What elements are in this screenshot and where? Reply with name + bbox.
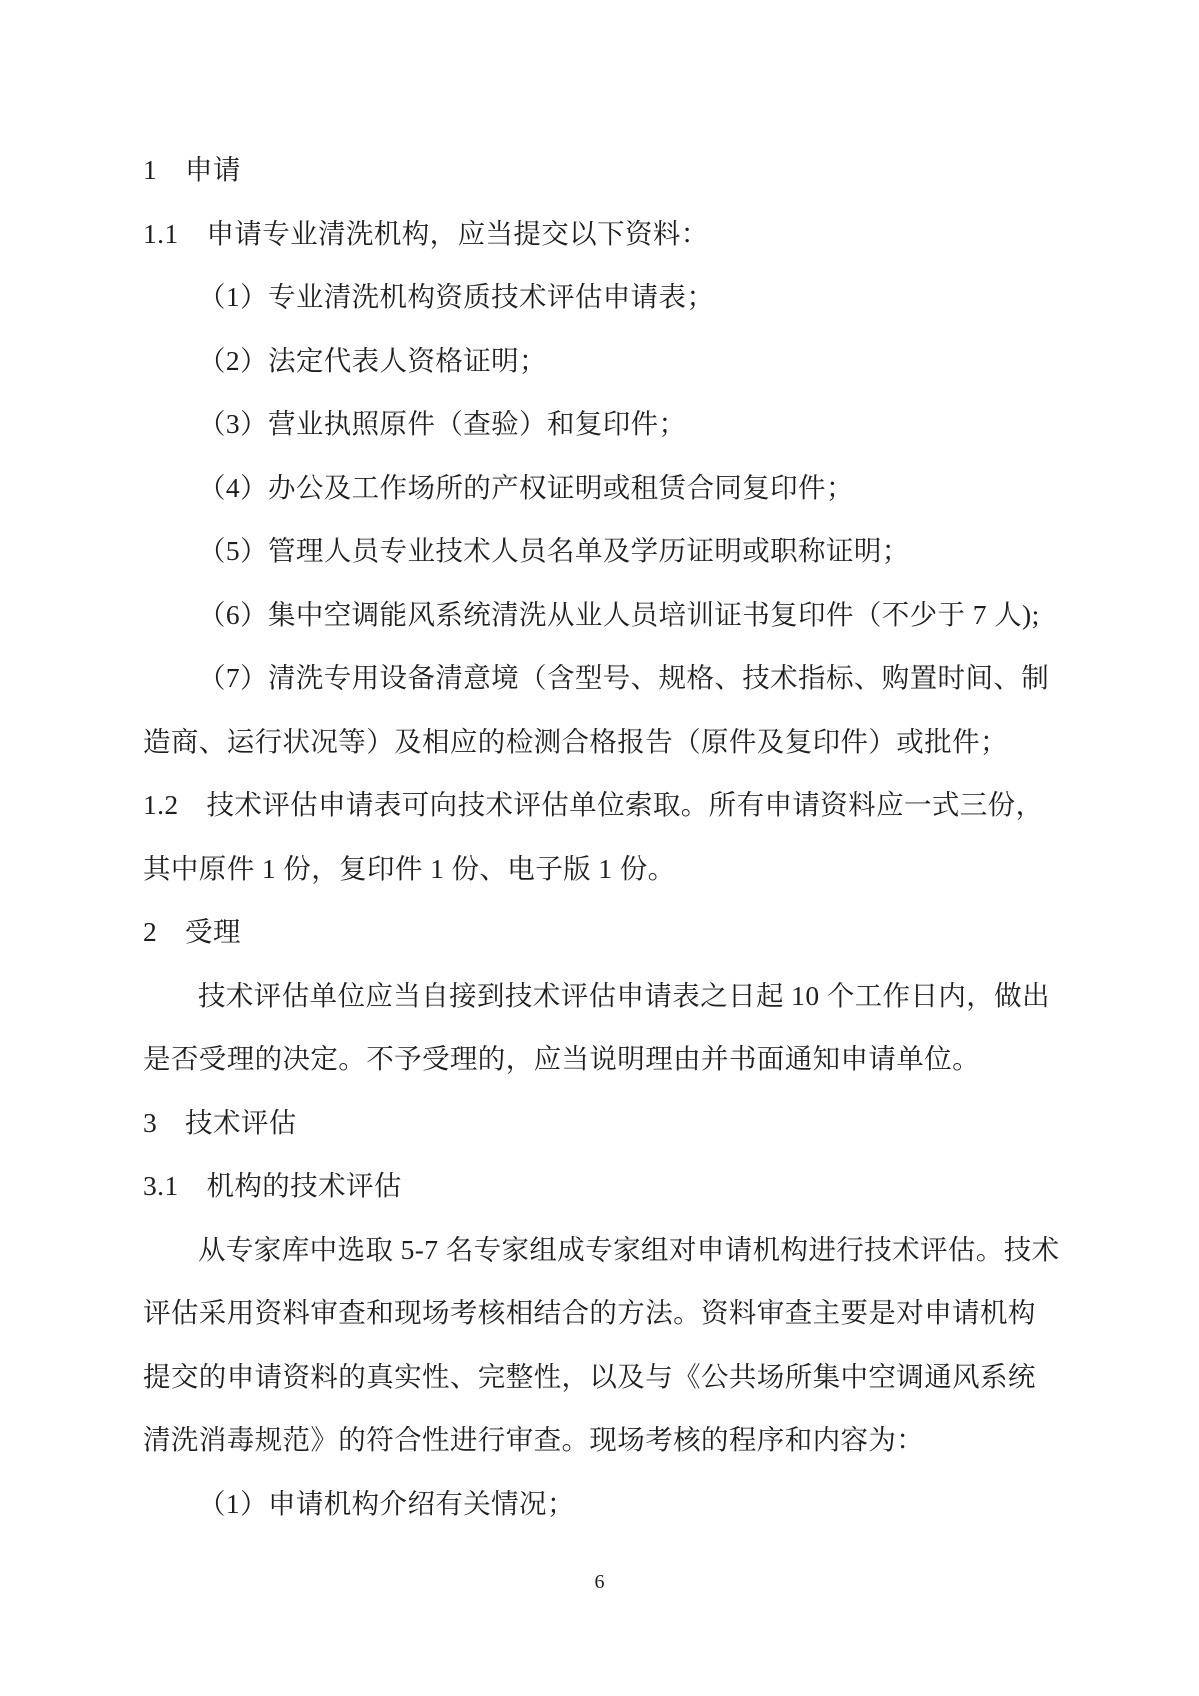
paragraph-acceptance-line-1: 技术评估单位应当自接到技术评估申请表之日起 10 个工作日内，做出 xyxy=(143,964,1059,1028)
list-item-5: （5）管理人员专业技术人员名单及学历证明或职称证明； xyxy=(143,519,1059,583)
list-item-7-line-1: （7）清洗专用设备清意境（含型号、规格、技术指标、购置时间、制 xyxy=(143,646,1059,710)
page-number: 6 xyxy=(0,1568,1199,1596)
paragraph-acceptance-line-2: 是否受理的决定。不予受理的，应当说明理由并书面通知申请单位。 xyxy=(143,1027,1059,1091)
list-item-1: （1）专业清洗机构资质技术评估申请表； xyxy=(143,265,1059,329)
list-item-site-review-1: （1）申请机构介绍有关情况； xyxy=(143,1472,1059,1536)
list-item-3: （3）营业执照原件（查验）和复印件； xyxy=(143,392,1059,456)
paragraph-evaluation-line-3: 提交的申请资料的真实性、完整性，以及与《公共场所集中空调通风系统 xyxy=(143,1345,1059,1409)
list-item-2: （2）法定代表人资格证明； xyxy=(143,329,1059,393)
paragraph-1-2-line-1: 1.2 技术评估申请表可向技术评估单位索取。所有申请资料应一式三份， xyxy=(143,773,1059,837)
heading-2: 2 受理 xyxy=(143,900,1059,964)
document-body: 1 申请 1.1 申请专业清洗机构，应当提交以下资料： （1）专业清洗机构资质技… xyxy=(143,138,1059,1535)
list-item-7-line-2: 造商、运行状况等）及相应的检测合格报告（原件及复印件）或批件； xyxy=(143,710,1059,774)
paragraph-evaluation-line-4: 清洗消毒规范》的符合性进行审查。现场考核的程序和内容为： xyxy=(143,1408,1059,1472)
heading-3-1: 3.1 机构的技术评估 xyxy=(143,1154,1059,1218)
list-item-4: （4）办公及工作场所的产权证明或租赁合同复印件； xyxy=(143,456,1059,520)
heading-3: 3 技术评估 xyxy=(143,1091,1059,1155)
paragraph-evaluation-line-1: 从专家库中选取 5-7 名专家组成专家组对申请机构进行技术评估。技术 xyxy=(143,1218,1059,1282)
paragraph-evaluation-line-2: 评估采用资料审查和现场考核相结合的方法。资料审查主要是对申请机构 xyxy=(143,1281,1059,1345)
paragraph-1-2-line-2: 其中原件 1 份，复印件 1 份、电子版 1 份。 xyxy=(143,837,1059,901)
list-item-6: （6）集中空调能风系统清洗从业人员培训证书复印件（不少于 7 人); xyxy=(143,583,1059,647)
document-page: 1 申请 1.1 申请专业清洗机构，应当提交以下资料： （1）专业清洗机构资质技… xyxy=(0,0,1199,1696)
heading-1-1: 1.1 申请专业清洗机构，应当提交以下资料： xyxy=(143,202,1059,266)
heading-1: 1 申请 xyxy=(143,138,1059,202)
